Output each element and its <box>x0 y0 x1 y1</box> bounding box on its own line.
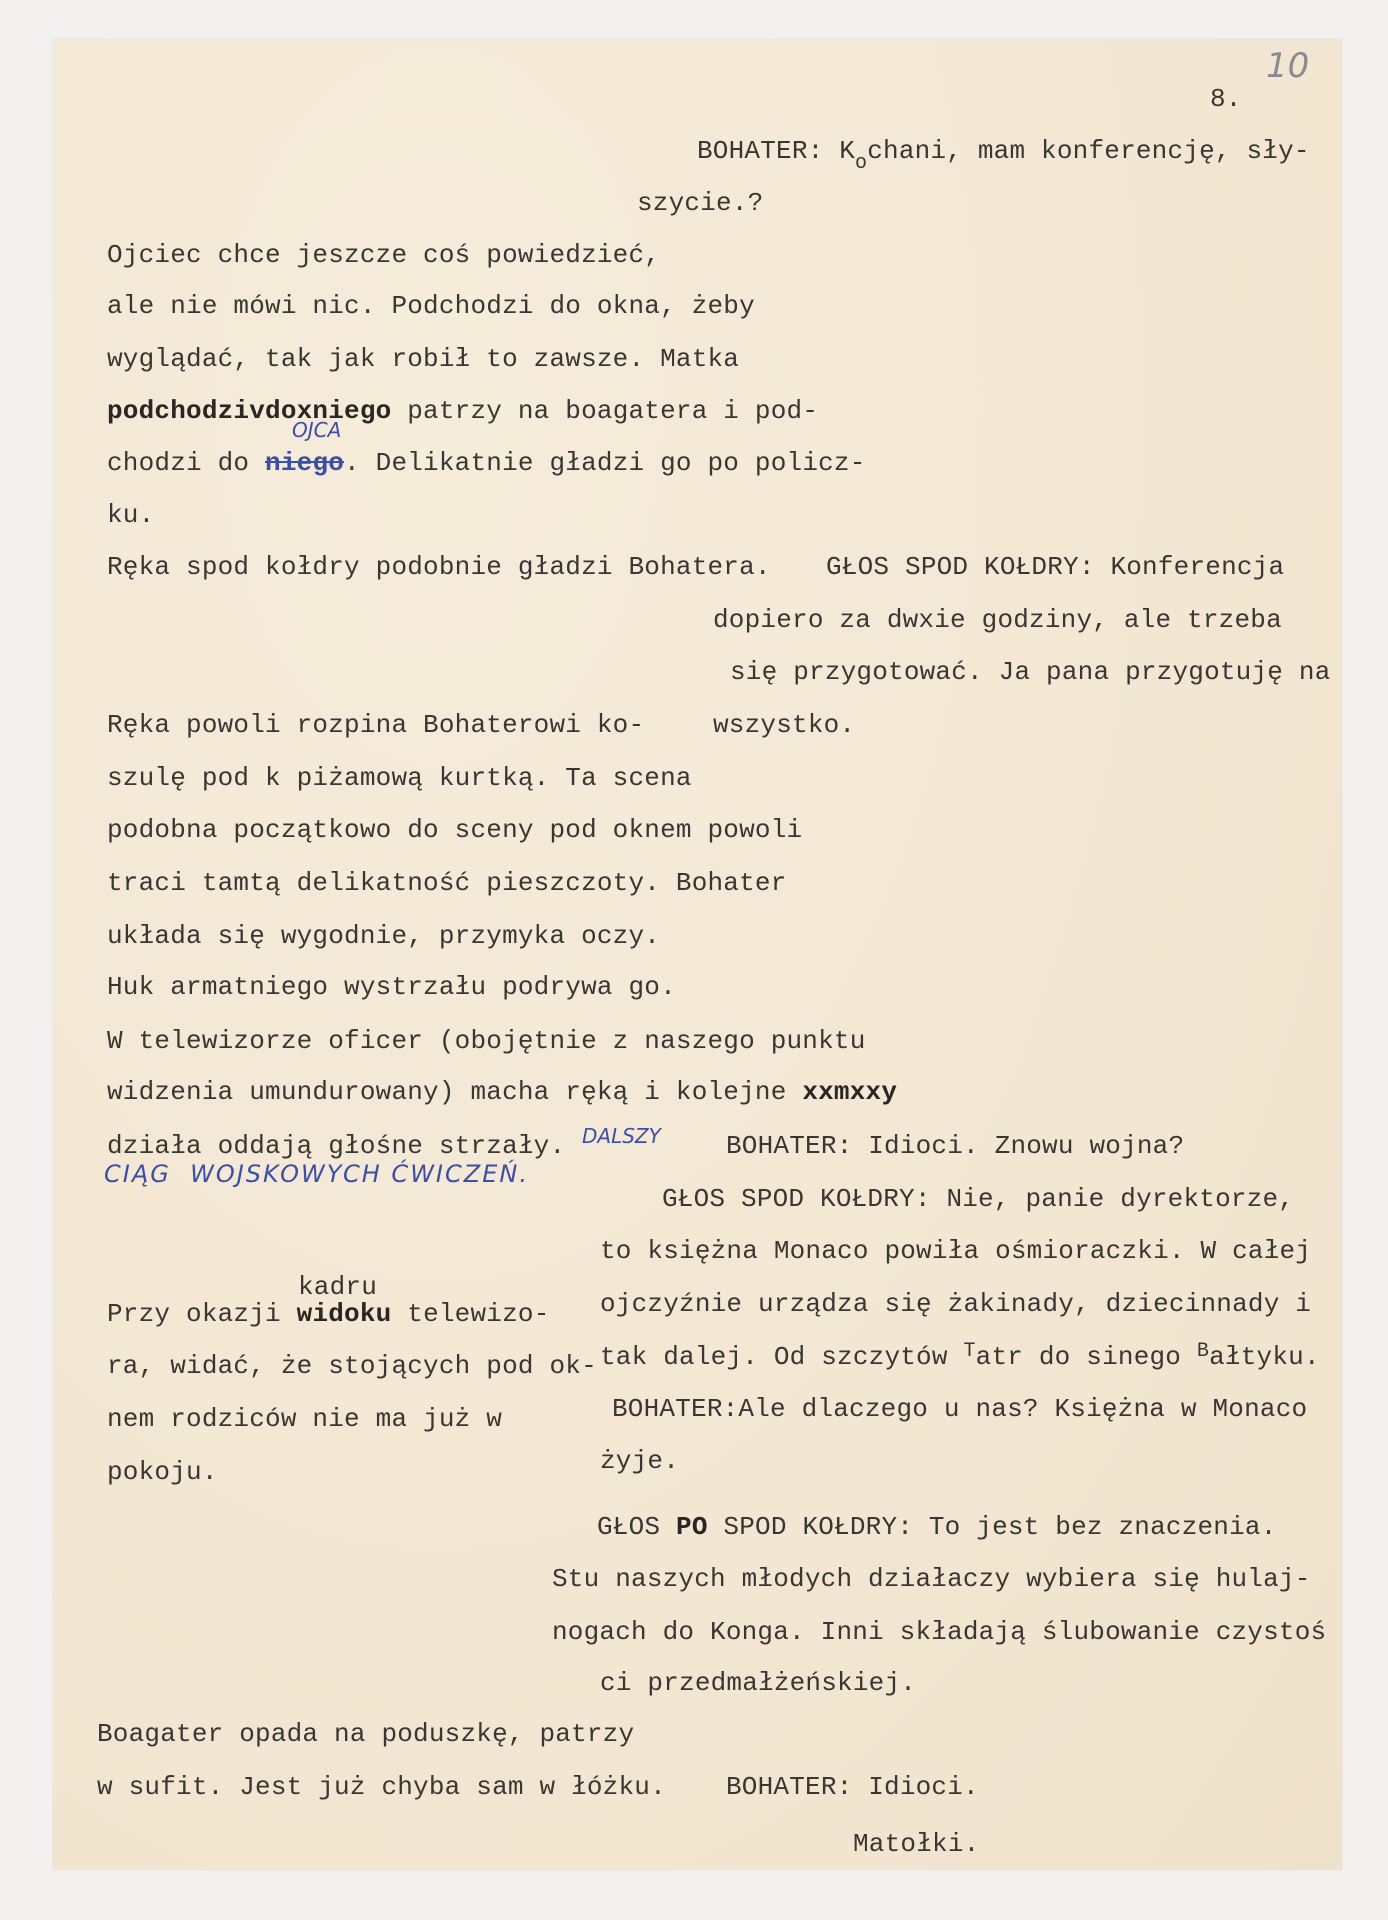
dialogue-line: BOHATER:Ale dlaczego u nas? Księżna w Mo… <box>612 1394 1307 1424</box>
struck-text: xxmxxy <box>802 1077 897 1107</box>
typed-insert: kadru <box>298 1272 377 1302</box>
dialogue-line: ojczyźnie urządza się żakinady, dziecinn… <box>600 1289 1311 1319</box>
stage-direction-line: ku. <box>107 500 154 530</box>
dialogue-line: Stu naszych młodych działaczy wybiera si… <box>552 1564 1311 1594</box>
stage-direction-line: wyglądać, tak jak robił to zawsze. Matka <box>107 344 739 374</box>
stage-direction-line: szulę pod k piżamową kurtką. Ta scena <box>107 763 692 793</box>
handwritten-note: CIĄG WOJSKOWYCH ĆWICZEŃ. <box>104 1160 529 1188</box>
stage-direction-line: W telewizorze oficer (obojętnie z naszeg… <box>107 1026 866 1056</box>
stage-direction-line: Huk armatniego wystrzału podrywa go. <box>107 972 676 1002</box>
stage-direction-line: widzenia umundurowany) macha ręką i kole… <box>107 1077 897 1107</box>
dialogue-line: Matołki. <box>853 1829 979 1859</box>
struck-text: widoku <box>297 1299 392 1329</box>
stage-direction-line: w sufit. Jest już chyba sam w łóżku. <box>97 1772 666 1802</box>
stage-direction-line: Ręka powoli rozpina Bohaterowi ko- <box>107 710 644 740</box>
struck-text: PO <box>676 1512 708 1542</box>
stage-direction-line: Ojciec chce jeszcze coś powiedzieć, <box>107 240 660 270</box>
stage-direction-line: Przy okazji widoku telewizo- <box>107 1299 550 1329</box>
stage-direction-line: podobna początkowo do sceny pod oknem po… <box>107 815 802 845</box>
dialogue-line: się przygotować. Ja pana przygotuję na <box>730 657 1331 687</box>
dialogue-line: ci przedmałżeńskiej. <box>600 1668 916 1698</box>
stage-direction-line: ra, widać, że stojących pod ok- <box>107 1351 597 1381</box>
dialogue-line: tak dalej. Od szczytów Tatr do sinego Ba… <box>600 1342 1320 1375</box>
dialogue-line: to księżna Monaco powiła ośmioraczki. W … <box>600 1236 1311 1266</box>
stage-direction-line: Ręka spod kołdry podobnie gładzi Bohater… <box>107 552 771 582</box>
stage-direction-line: działa oddają głośne strzały. <box>107 1131 565 1161</box>
dialogue-line: żyje. <box>600 1446 679 1476</box>
handwritten-note: DALSZY <box>582 1124 661 1148</box>
handwritten-insert: OJCA <box>292 418 341 442</box>
dialogue-line: BOHATER: Idioci. <box>726 1772 979 1802</box>
dialogue-line: BOHATER: Kochani, mam konferencję, sły- <box>697 136 1310 169</box>
stage-direction-line: chodzi do niego. Delikatnie gładzi go po… <box>107 448 866 478</box>
dialogue-line: BOHATER: Idioci. Znowu wojna? <box>726 1131 1184 1161</box>
dialogue-line: dopiero za dwxie godziny, ale trzeba <box>713 605 1282 635</box>
stage-direction-line: ale nie mówi nic. Podchodzi do okna, żeb… <box>107 291 755 321</box>
dialogue-line: GŁOS PO SPOD KOŁDRY: To jest bez znaczen… <box>597 1512 1277 1542</box>
struck-text: podchodzivdoxniego <box>107 396 391 426</box>
stage-direction-line: układa się wygodnie, przymyka oczy. <box>107 921 660 951</box>
archive-page-number: 10 <box>1266 46 1309 86</box>
dialogue-line: nogach do Konga. Inni składają ślubowani… <box>552 1617 1326 1647</box>
stage-direction-line: pokoju. <box>107 1457 218 1487</box>
stage-direction-line: podchodzivdoxniego patrzy na boagatera i… <box>107 396 818 426</box>
dialogue-line: GŁOS SPOD KOŁDRY: Nie, panie dyrektorze, <box>662 1184 1294 1214</box>
dialogue-line: wszystko. <box>713 710 855 740</box>
stage-direction-line: nem rodziców nie ma już w <box>107 1404 502 1434</box>
dialogue-line: GŁOS SPOD KOŁDRY: Konferencja <box>826 552 1284 582</box>
dialogue-line: szycie.? <box>637 188 763 218</box>
stage-direction-line: traci tamtą delikatność pieszczoty. Boha… <box>107 868 787 898</box>
typed-page-number: 8. <box>1210 84 1242 114</box>
struck-text: niego <box>265 448 344 478</box>
stage-direction-line: Boagater opada na poduszkę, patrzy <box>97 1719 634 1749</box>
